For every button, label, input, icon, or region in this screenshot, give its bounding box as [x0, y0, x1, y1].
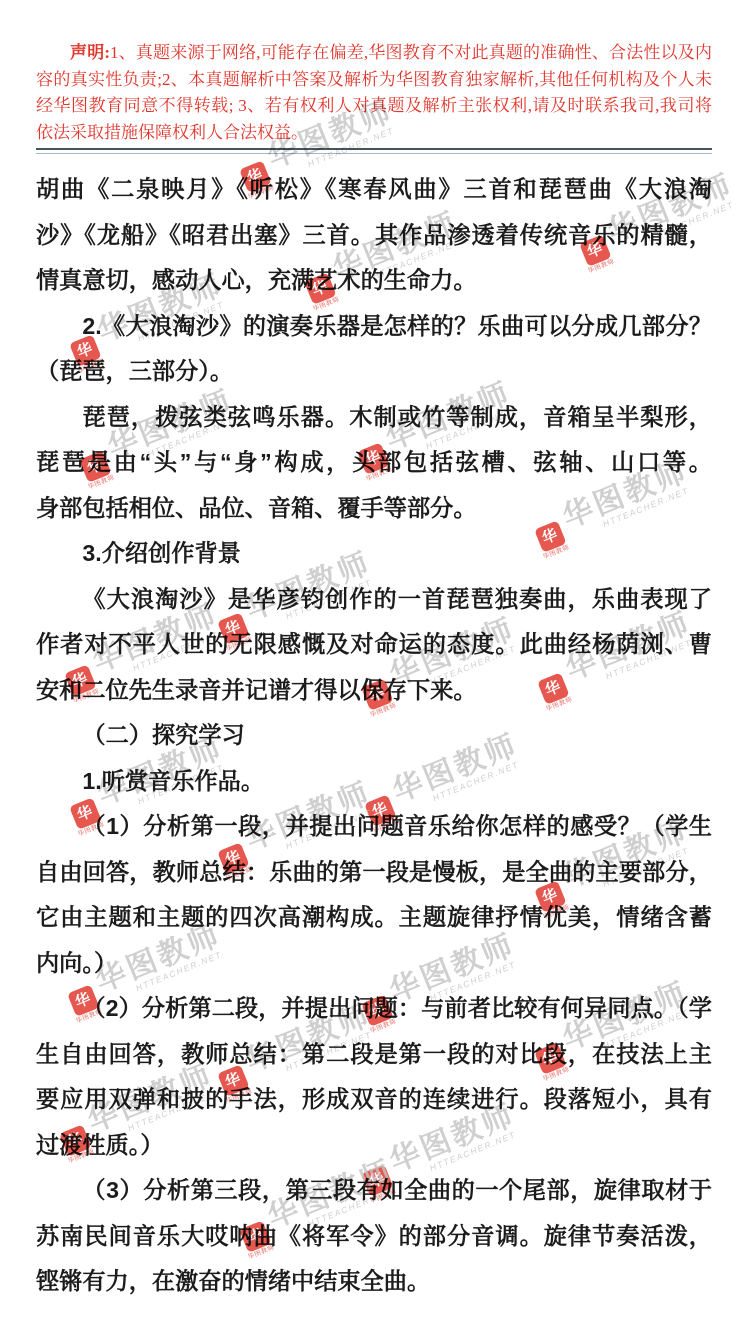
- paragraph: 琵琶，拨弦类弦鸣乐器。木制或竹等制成，音箱呈半梨形，琵琶是由“头”与“身”构成，…: [36, 395, 712, 532]
- paragraph: 3.介绍创作背景: [36, 531, 712, 577]
- body-line: 情真意切，感动人心，充满艺术的生命力。: [36, 258, 712, 304]
- body-line: 胡曲《二泉映月》《听松》《寒春风曲》三首和琵琶曲《大浪淘: [36, 167, 712, 213]
- section-divider: [36, 148, 712, 154]
- body-line: 内向。）: [36, 941, 712, 987]
- paragraph: 《大浪淘沙》是华彦钧创作的一首琵琶独奏曲，乐曲表现了作者对不平人世的无限感慨及对…: [36, 577, 712, 714]
- paragraph: （2）分析第二段，并提出问题：与前者比较有何异同点。（学生自由回答，教师总结：第…: [36, 986, 712, 1168]
- paragraph: （3）分析第三段，第三段有如全曲的一个尾部，旋律取材于苏南民间音乐大哎呐曲《将军…: [36, 1168, 712, 1305]
- disclaimer: 声明:1、真题来源于网络,可能存在偏差,华图教育不对此真题的准确性、合法性以及内…: [36, 40, 712, 146]
- page-content: 声明:1、真题来源于网络,可能存在偏差,华图教育不对此真题的准确性、合法性以及内…: [36, 40, 712, 1305]
- body-line: 自由回答，教师总结：乐曲的第一段是慢板，是全曲的主要部分，: [36, 850, 712, 896]
- body-line: 苏南民间音乐大哎呐曲《将军令》的部分音调。旋律节奏活泼，: [36, 1214, 712, 1260]
- body-line: 2.《大浪淘沙》的演奏乐器是怎样的？乐曲可以分成几部分？: [36, 304, 712, 350]
- body-line: 1.听赏音乐作品。: [36, 759, 712, 805]
- body-line: （3）分析第三段，第三段有如全曲的一个尾部，旋律取材于: [36, 1168, 712, 1214]
- body-line: （琵琶，三部分）。: [36, 349, 712, 395]
- disclaimer-label: 声明:: [70, 43, 110, 62]
- body-line: 过渡性质。）: [36, 1123, 712, 1169]
- disclaimer-line: 经华图教育同意不得转载; 3、若有权利人对真题及解析主张权利,请及时联系我司,我…: [36, 93, 712, 120]
- paragraph: （二）探究学习: [36, 713, 712, 759]
- body-line: 铿锵有力，在激奋的情绪中结束全曲。: [36, 1259, 712, 1305]
- body-line: （2）分析第二段，并提出问题：与前者比较有何异同点。（学: [36, 986, 712, 1032]
- body-line: （1）分析第一段，并提出问题音乐给你怎样的感受？（学生: [36, 804, 712, 850]
- body-line: 沙》《龙船》《昭君出塞》三首。其作品渗透着传统音乐的精髓，: [36, 213, 712, 259]
- paragraph: （1）分析第一段，并提出问题音乐给你怎样的感受？（学生自由回答，教师总结：乐曲的…: [36, 804, 712, 986]
- paragraph: 胡曲《二泉映月》《听松》《寒春风曲》三首和琵琶曲《大浪淘沙》《龙船》《昭君出塞》…: [36, 167, 712, 304]
- body-line: 它由主题和主题的四次高潮构成。主题旋律抒情优美，情绪含蓄: [36, 895, 712, 941]
- disclaimer-line: 依法采取措施保障权利人合法权益。: [36, 120, 712, 147]
- paragraph: 1.听赏音乐作品。: [36, 759, 712, 805]
- disclaimer-line: 声明:1、真题来源于网络,可能存在偏差,华图教育不对此真题的准确性、合法性以及内: [36, 40, 712, 67]
- body-line: 作者对不平人世的无限感慨及对命运的态度。此曲经杨荫浏、曹: [36, 622, 712, 668]
- body-line: 《大浪淘沙》是华彦钧创作的一首琵琶独奏曲，乐曲表现了: [36, 577, 712, 623]
- body-line: （二）探究学习: [36, 713, 712, 759]
- document-page: 声明:1、真题来源于网络,可能存在偏差,华图教育不对此真题的准确性、合法性以及内…: [0, 0, 748, 1335]
- disclaimer-line: 容的真实性负责;2、本真题解析中答案及解析为华图教育独家解析,其他任何机构及个人…: [36, 67, 712, 94]
- document-body: 胡曲《二泉映月》《听松》《寒春风曲》三首和琵琶曲《大浪淘沙》《龙船》《昭君出塞》…: [36, 167, 712, 1305]
- body-line: 安和二位先生录音并记谱才得以保存下来。: [36, 668, 712, 714]
- body-line: 3.介绍创作背景: [36, 531, 712, 577]
- body-line: 琵琶，拨弦类弦鸣乐器。木制或竹等制成，音箱呈半梨形，: [36, 395, 712, 441]
- paragraph: 2.《大浪淘沙》的演奏乐器是怎样的？乐曲可以分成几部分？（琵琶，三部分）。: [36, 304, 712, 395]
- body-line: 琵琶是由“头”与“身”构成，头部包括弦槽、弦轴、山口等。: [36, 440, 712, 486]
- body-line: 身部包括相位、品位、音箱、覆手等部分。: [36, 486, 712, 532]
- body-line: 要应用双弹和披的手法，形成双音的连续进行。段落短小，具有: [36, 1077, 712, 1123]
- body-line: 生自由回答，教师总结：第二段是第一段的对比段，在技法上主: [36, 1032, 712, 1078]
